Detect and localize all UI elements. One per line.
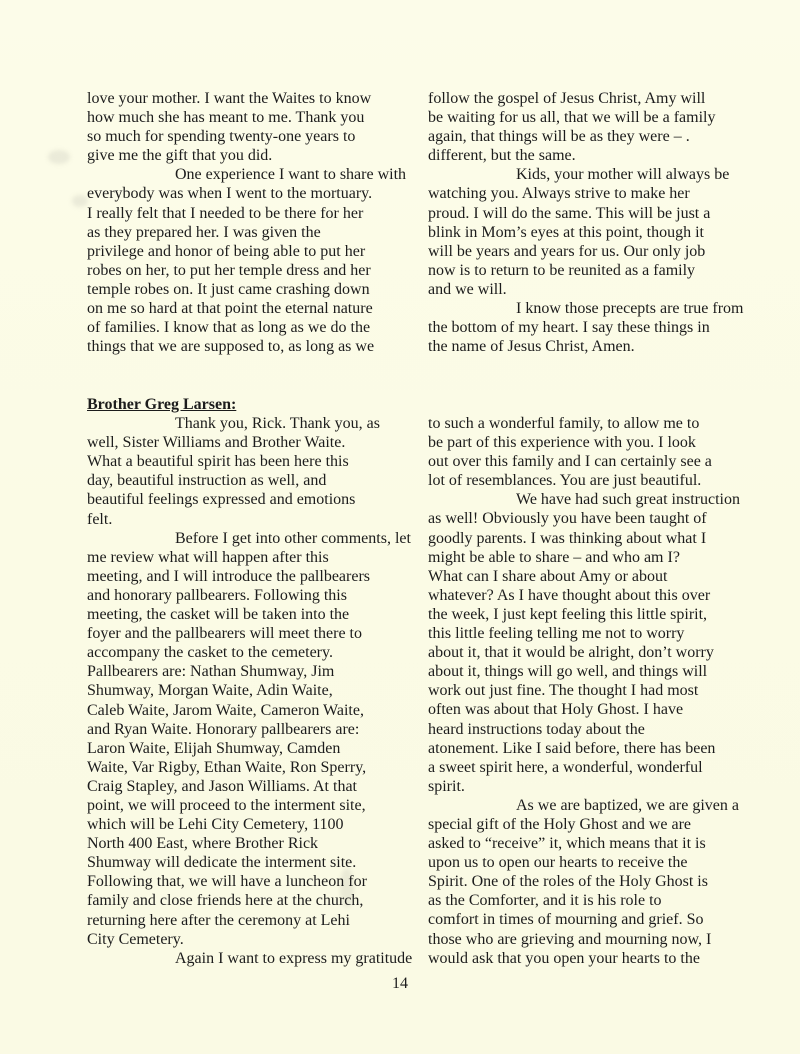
text-line: and Ryan Waite. Honorary pallbearers are…: [87, 720, 412, 739]
text-line: different, but the same.: [428, 146, 753, 165]
page-number: 14: [0, 975, 800, 993]
bottom-right-column: to such a wonderful family, to allow me …: [428, 414, 753, 968]
text-line: how much she has meant to me. Thank you: [87, 108, 412, 127]
text-line: about it, things will go well, and thing…: [428, 662, 753, 681]
paper-smudge: [48, 150, 70, 164]
text-line: out over this family and I can certainly…: [428, 452, 753, 471]
document-page: love your mother. I want the Waites to k…: [0, 0, 800, 1054]
text-line: upon us to open our hearts to receive th…: [428, 853, 753, 872]
text-line: as the Comforter, and it is his role to: [428, 891, 753, 910]
text-line: Laron Waite, Elijah Shumway, Camden: [87, 739, 412, 758]
text-line: Shumway will dedicate the interment site…: [87, 853, 412, 872]
text-line: things that we are supposed to, as long …: [87, 337, 412, 356]
text-line: Before I get into other comments, let: [87, 529, 412, 548]
text-line: love your mother. I want the Waites to k…: [87, 89, 412, 108]
text-line: Again I want to express my gratitude: [87, 949, 412, 968]
text-line: everybody was when I went to the mortuar…: [87, 184, 412, 203]
text-line: Craig Stapley, and Jason Williams. At th…: [87, 777, 412, 796]
text-line: family and close friends here at the chu…: [87, 891, 412, 910]
text-line: Caleb Waite, Jarom Waite, Cameron Waite,: [87, 701, 412, 720]
text-line: me review what will happen after this: [87, 548, 412, 567]
text-line: follow the gospel of Jesus Christ, Amy w…: [428, 89, 753, 108]
text-line: blink in Mom’s eyes at this point, thoug…: [428, 223, 753, 242]
text-line: watching you. Always strive to make her: [428, 184, 753, 203]
text-line: spirit.: [428, 777, 753, 796]
text-line: might be able to share – and who am I?: [428, 548, 753, 567]
text-line: atonement. Like I said before, there has…: [428, 739, 753, 758]
text-line: again, that things will be as they were …: [428, 127, 753, 146]
text-line: whatever? As I have thought about this o…: [428, 586, 753, 605]
text-line: I know those precepts are true from: [428, 299, 753, 318]
text-line: temple robes on. It just came crashing d…: [87, 280, 412, 299]
text-line: those who are grieving and mourning now,…: [428, 930, 753, 949]
top-right-column: follow the gospel of Jesus Christ, Amy w…: [428, 89, 753, 356]
bottom-left-column: Brother Greg Larsen: Thank you, Rick. Th…: [87, 395, 412, 968]
text-line: City Cemetery.: [87, 930, 412, 949]
text-line: as they prepared her. I was given the: [87, 223, 412, 242]
speaker-heading: Brother Greg Larsen:: [87, 395, 412, 414]
text-line: felt.: [87, 510, 412, 529]
text-line: to such a wonderful family, to allow me …: [428, 414, 753, 433]
text-line: the name of Jesus Christ, Amen.: [428, 337, 753, 356]
text-line: the week, I just kept feeling this littl…: [428, 605, 753, 624]
text-line: beautiful feelings expressed and emotion…: [87, 490, 412, 509]
text-line: often was about that Holy Ghost. I have: [428, 700, 753, 719]
text-line: lot of resemblances. You are just beauti…: [428, 471, 753, 490]
top-left-column: love your mother. I want the Waites to k…: [87, 89, 412, 356]
text-line: heard instructions today about the: [428, 720, 753, 739]
text-line: be part of this experience with you. I l…: [428, 433, 753, 452]
text-line: the bottom of my heart. I say these thin…: [428, 318, 753, 337]
text-line: proud. I will do the same. This will be …: [428, 204, 753, 223]
text-line: Spirit. One of the roles of the Holy Gho…: [428, 872, 753, 891]
text-line: I really felt that I needed to be there …: [87, 204, 412, 223]
text-line: would ask that you open your hearts to t…: [428, 949, 753, 968]
text-line: meeting, and I will introduce the pallbe…: [87, 567, 412, 586]
text-line: robes on her, to put her temple dress an…: [87, 261, 412, 280]
text-line: will be years and years for us. Our only…: [428, 242, 753, 261]
text-line: asked to “receive” it, which means that …: [428, 834, 753, 853]
text-line: Waite, Var Rigby, Ethan Waite, Ron Sperr…: [87, 758, 412, 777]
text-line: on me so hard at that point the eternal …: [87, 299, 412, 318]
text-line: and honorary pallbearers. Following this: [87, 586, 412, 605]
text-line: privilege and honor of being able to put…: [87, 242, 412, 261]
text-line: As we are baptized, we are given a: [428, 796, 753, 815]
text-line: of families. I know that as long as we d…: [87, 318, 412, 337]
text-line: point, we will proceed to the interment …: [87, 796, 412, 815]
text-line: be waiting for us all, that we will be a…: [428, 108, 753, 127]
text-line: Thank you, Rick. Thank you, as: [87, 414, 412, 433]
text-line: this little feeling telling me not to wo…: [428, 624, 753, 643]
text-line: work out just fine. The thought I had mo…: [428, 681, 753, 700]
text-line: returning here after the ceremony at Leh…: [87, 911, 412, 930]
text-line: well, Sister Williams and Brother Waite.: [87, 433, 412, 452]
text-line: day, beautiful instruction as well, and: [87, 471, 412, 490]
text-line: special gift of the Holy Ghost and we ar…: [428, 815, 753, 834]
text-line: What a beautiful spirit has been here th…: [87, 452, 412, 471]
text-line: Shumway, Morgan Waite, Adin Waite,: [87, 681, 412, 700]
text-line: a sweet spirit here, a wonderful, wonder…: [428, 758, 753, 777]
text-line: now is to return to be reunited as a fam…: [428, 261, 753, 280]
text-line: What can I share about Amy or about: [428, 567, 753, 586]
text-line: as well! Obviously you have been taught …: [428, 509, 753, 528]
text-line: goodly parents. I was thinking about wha…: [428, 529, 753, 548]
paper-smudge: [72, 195, 88, 207]
text-line: give me the gift that you did.: [87, 146, 412, 165]
text-line: comfort in times of mourning and grief. …: [428, 910, 753, 929]
text-line: North 400 East, where Brother Rick: [87, 834, 412, 853]
text-line: accompany the casket to the cemetery.: [87, 643, 412, 662]
text-line: meeting, the casket will be taken into t…: [87, 605, 412, 624]
text-line: Pallbearers are: Nathan Shumway, Jim: [87, 662, 412, 681]
text-line: about it, that it would be alright, don’…: [428, 643, 753, 662]
text-line: which will be Lehi City Cemetery, 1100: [87, 815, 412, 834]
text-line: Kids, your mother will always be: [428, 165, 753, 184]
text-line: foyer and the pallbearers will meet ther…: [87, 624, 412, 643]
text-line: We have had such great instruction: [428, 490, 753, 509]
text-line: so much for spending twenty-one years to: [87, 127, 412, 146]
text-line: Following that, we will have a luncheon …: [87, 872, 412, 891]
text-line: One experience I want to share with: [87, 165, 412, 184]
text-line: and we will.: [428, 280, 753, 299]
